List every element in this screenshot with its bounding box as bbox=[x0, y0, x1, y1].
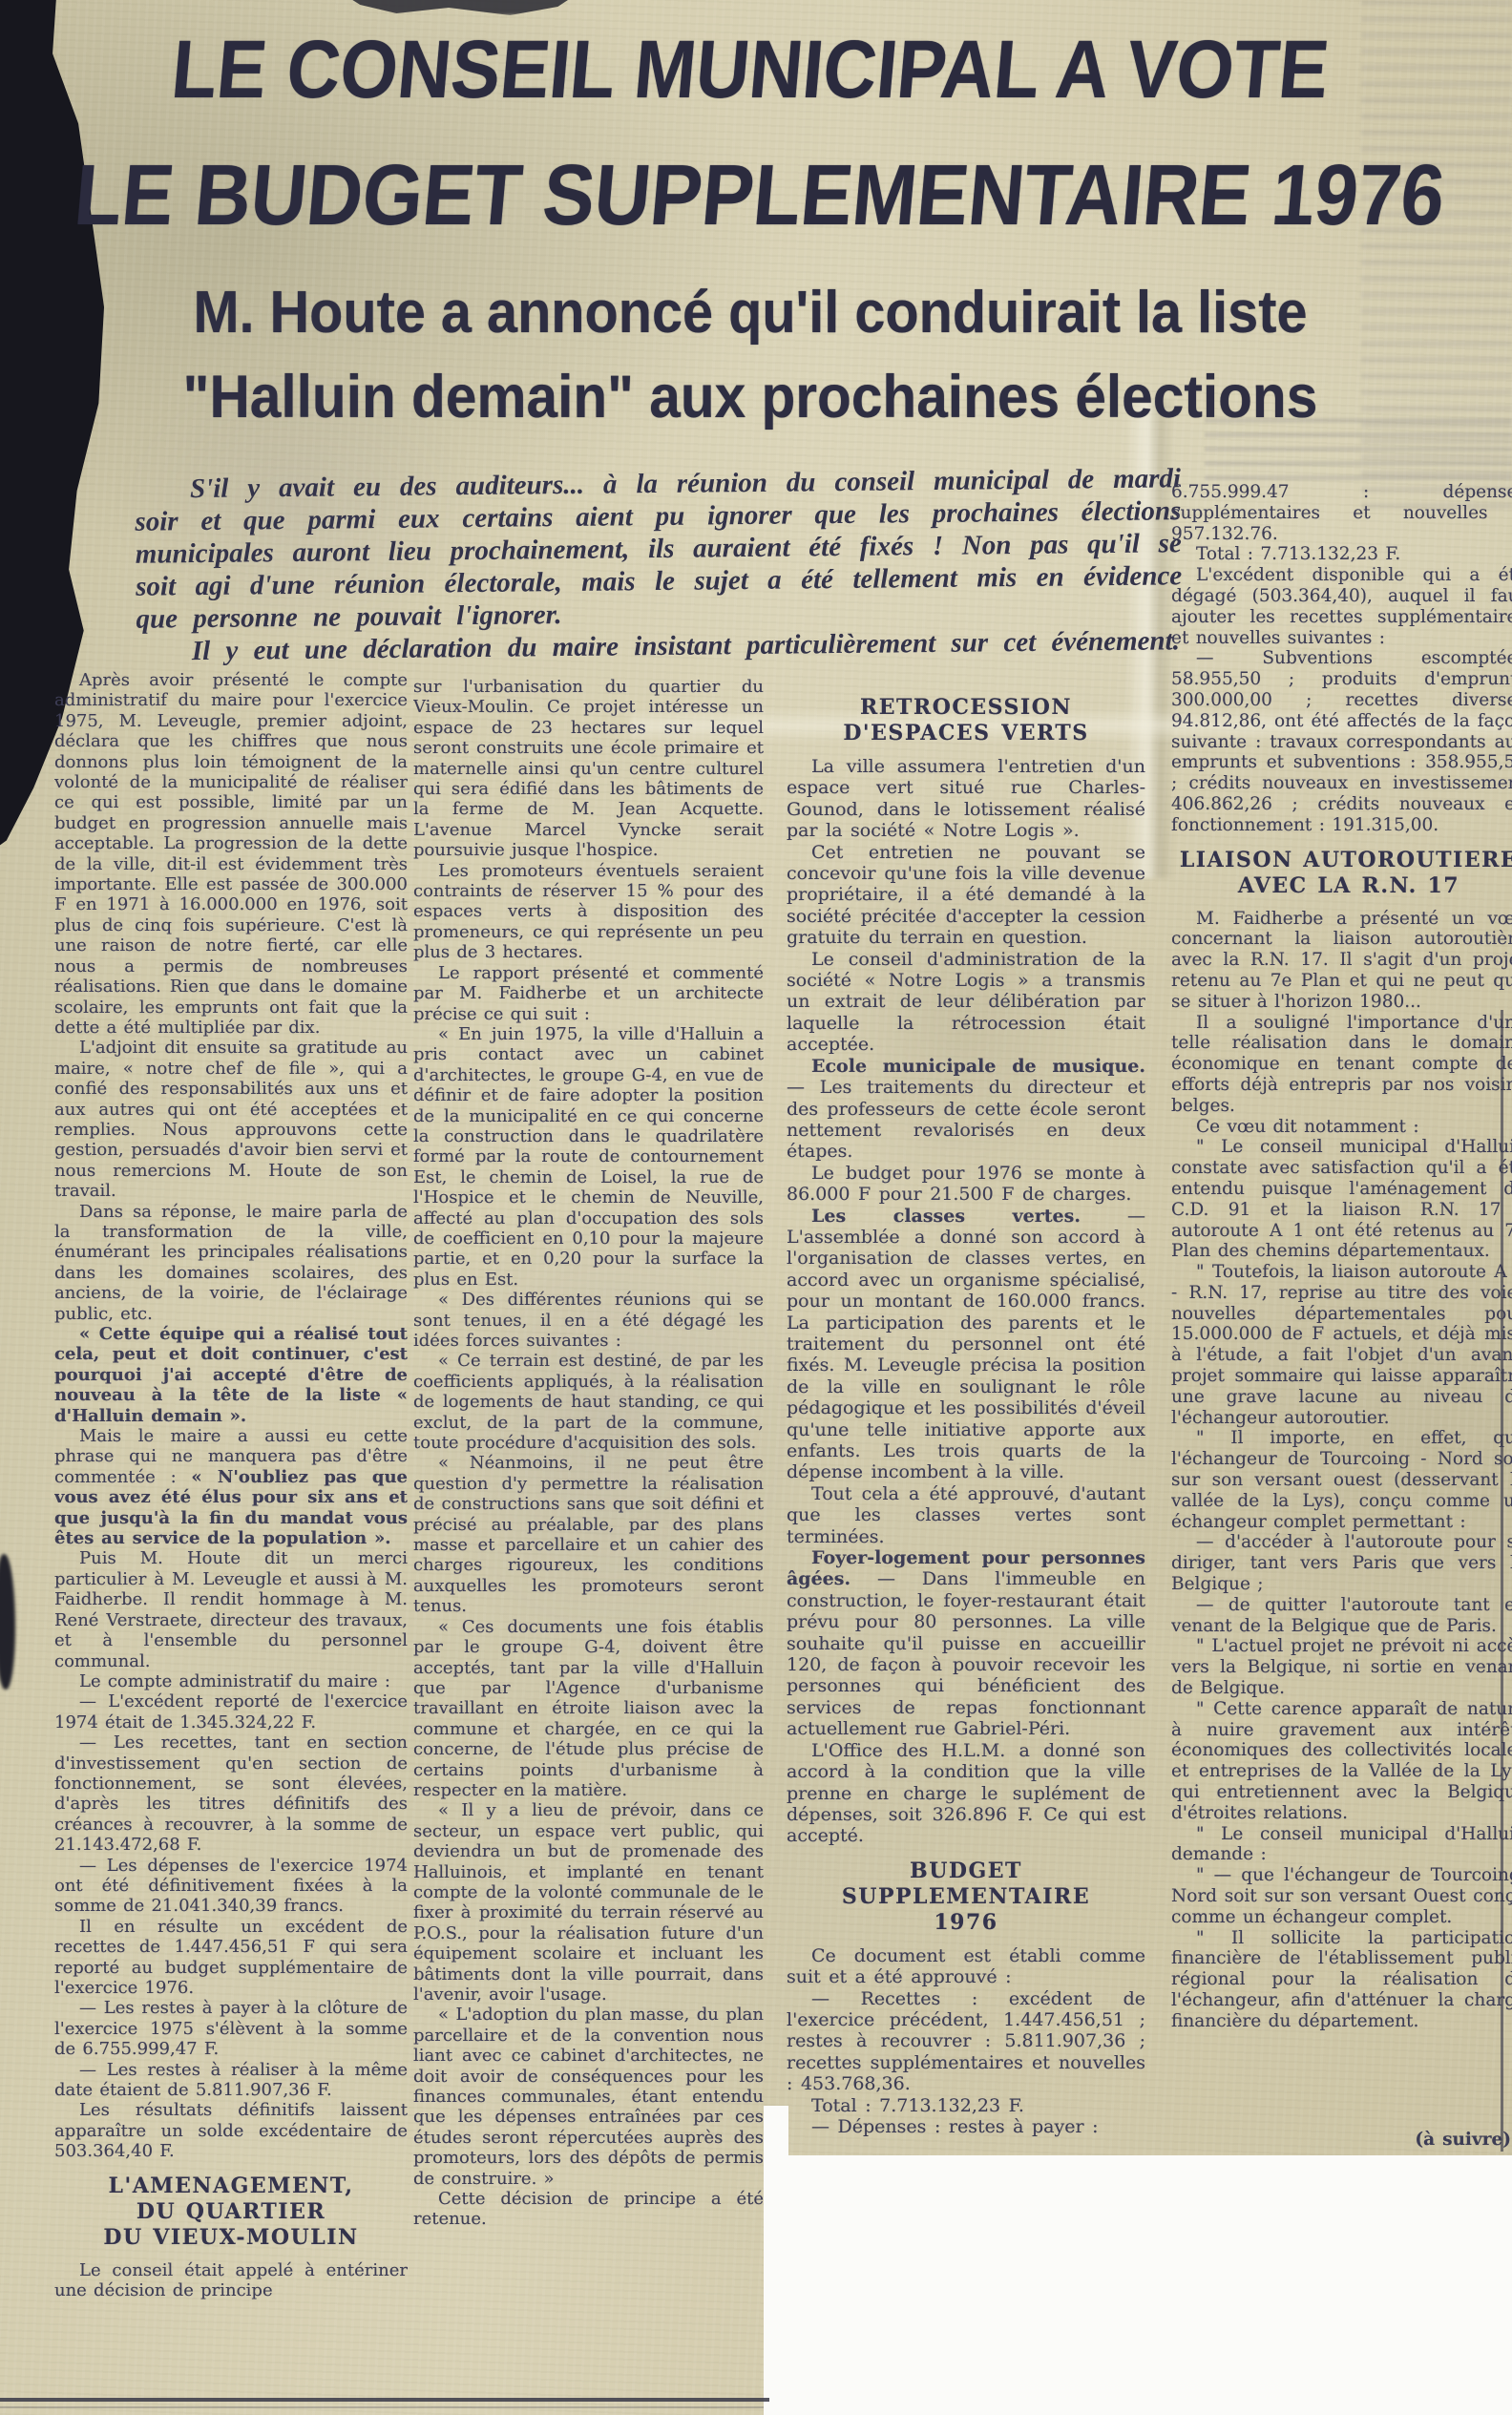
paragraph: Il en résulte un excédent de recettes de… bbox=[54, 1917, 408, 1999]
paragraph: Après avoir présenté le compte administr… bbox=[54, 670, 408, 1038]
paragraph: Tout cela a été approuvé, d'autant que l… bbox=[787, 1483, 1145, 1547]
paragraph: Ce vœu dit notamment : bbox=[1171, 1117, 1512, 1138]
lede-intro: S'il y avait eu des auditeurs... à la ré… bbox=[135, 462, 1183, 677]
column-heading: LIAISON AUTOROUTIERE AVEC LA R.N. 17 bbox=[1171, 848, 1512, 899]
column-3: RETROCESSION D'ESPACES VERTSLa ville ass… bbox=[787, 683, 1145, 2152]
paragraph: " Cette carence apparaît de nature à nui… bbox=[1171, 1699, 1512, 1824]
column-heading: L'AMENAGEMENT, DU QUARTIER DU VIEUX-MOUL… bbox=[54, 2173, 408, 2251]
paragraph: Puis M. Houte dit un merci particulier à… bbox=[54, 1548, 408, 1670]
paragraph: Total : 7.713.132,23 F. bbox=[787, 2095, 1145, 2116]
paragraph: « Ce terrain est destiné, de par les coe… bbox=[413, 1351, 764, 1453]
paragraph: Le rapport présenté et commenté par M. F… bbox=[413, 963, 764, 1024]
paragraph: " L'actuel projet ne prévoit ni accès ve… bbox=[1171, 1636, 1512, 1698]
paragraph: Mais le maire a aussi eu cette phrase qu… bbox=[54, 1426, 408, 1548]
paragraph: La ville assumera l'entretien d'un espac… bbox=[787, 756, 1145, 842]
column-2: sur l'urbanisation du quartier du Vieux-… bbox=[413, 677, 764, 2391]
paragraph: — Recettes : excédent de l'exercice préc… bbox=[787, 1988, 1145, 2095]
paragraph: « Ces documents une fois établis par le … bbox=[413, 1617, 764, 1801]
paragraph: Total : 7.713.132,23 F. bbox=[1171, 544, 1512, 565]
paragraph: « En juin 1975, la ville d'Halluin a pri… bbox=[413, 1024, 764, 1290]
paragraph: 6.755.999.47 : dépenses supplémentaires … bbox=[1171, 482, 1512, 544]
paragraph: « Il y a lieu de prévoir, dans ce secteu… bbox=[413, 1800, 764, 2005]
paragraph: Les résultats définitifs laissent appara… bbox=[54, 2100, 408, 2161]
paragraph: — Dépenses : restes à payer : bbox=[787, 2116, 1145, 2137]
bold-lead: Ecole municipale de musique. bbox=[811, 1056, 1145, 1077]
column-1: Après avoir présenté le compte administr… bbox=[54, 670, 408, 2396]
column-4: 6.755.999.47 : dépenses supplémentaires … bbox=[1171, 482, 1512, 2152]
paragraph: " — que l'échangeur de Tourcoing-Nord so… bbox=[1171, 1865, 1512, 1927]
paragraph: Le conseil était appelé à entériner une … bbox=[54, 2260, 408, 2301]
paragraph: " Le conseil municipal d'Halluin demande… bbox=[1171, 1824, 1512, 1866]
bold-lead: Foyer-logement pour personnes âgées. bbox=[787, 1547, 1145, 1589]
paragraph: " Il sollicite la participation financiè… bbox=[1171, 1928, 1512, 2032]
paragraph: L'Office des H.L.M. a donné son accord à… bbox=[787, 1740, 1145, 1847]
paragraph: — L'excédent reporté de l'exercice 1974 … bbox=[54, 1691, 408, 1732]
paragraph: " Le conseil municipal d'Halluin constat… bbox=[1171, 1137, 1512, 1262]
paragraph: L'excédent disponible qui a été dégagé (… bbox=[1171, 565, 1512, 648]
bold-passage: « N'oubliez pas que vous avez été élus p… bbox=[54, 1467, 408, 1548]
paragraph: Les promoteurs éventuels seraient contra… bbox=[413, 861, 764, 963]
headline-line-1: LE CONSEIL MUNICIPAL A VOTE bbox=[71, 23, 1429, 117]
paragraph: Ecole municipale de musique. — Les trait… bbox=[787, 1056, 1145, 1163]
newspaper-scan: { "colors": { "paper": "#d5ceb0", "scann… bbox=[0, 0, 1512, 2415]
lede-paragraph: S'il y avait eu des auditeurs... à la ré… bbox=[135, 462, 1183, 635]
paragraph: " Toutefois, la liaison autoroute A 1 - … bbox=[1171, 1262, 1512, 1428]
paragraph: (à suivre) bbox=[1415, 2130, 1511, 2151]
paragraph: — Les restes à payer à la clôture de l'e… bbox=[54, 1998, 408, 2059]
paragraph: — Les dépenses de l'exercice 1974 ont ét… bbox=[54, 1856, 408, 1917]
paragraph: Ce document est établi comme suit et a é… bbox=[787, 1945, 1145, 1988]
paragraph: — de quitter l'autoroute tant en venant … bbox=[1171, 1595, 1512, 1637]
paragraph: L'adjoint dit ensuite sa gratitude au ma… bbox=[54, 1038, 408, 1201]
headline-line-2: LE BUDGET SUPPLEMENTAIRE 1976 bbox=[71, 147, 1430, 245]
paragraph: Foyer-logement pour personnes âgées. — D… bbox=[787, 1547, 1145, 1740]
paragraph: M. Faidherbe a présenté un vœu concernan… bbox=[1171, 909, 1512, 1013]
paragraph: « Des différentes réunions qui se sont t… bbox=[413, 1290, 764, 1351]
subheadline-line-2: "Halluin demain" aux prochaines élection… bbox=[52, 363, 1448, 431]
paragraph: Le compte administratif du maire : bbox=[54, 1671, 408, 1691]
paragraph: Le budget pour 1976 se monte à 86.000 F … bbox=[787, 1163, 1145, 1206]
paragraph: — Les recettes, tant en section d'invest… bbox=[54, 1732, 408, 1855]
column-heading: BUDGET SUPPLEMENTAIRE 1976 bbox=[787, 1858, 1145, 1936]
paragraph: « Cette équipe qui a réalisé tout cela, … bbox=[54, 1324, 408, 1426]
paragraph: — Les restes à réaliser à la même date é… bbox=[54, 2060, 408, 2101]
subheadline-line-1: M. Houte a annoncé qu'il conduirait la l… bbox=[52, 279, 1448, 346]
bold-lead: Les classes vertes. bbox=[811, 1206, 1081, 1227]
paragraph: « L'adoption du plan masse, du plan parc… bbox=[413, 2005, 764, 2189]
paragraph: Les classes vertes. — L'assemblée a donn… bbox=[787, 1206, 1145, 1483]
paragraph: — d'accéder à l'autoroute pour se dirige… bbox=[1171, 1532, 1512, 1594]
paragraph: « Néanmoins, il ne peut être question d'… bbox=[413, 1453, 764, 1616]
paragraph: Cet entretien ne pouvant se concevoir qu… bbox=[787, 842, 1145, 949]
paragraph: Le conseil d'administration de la sociét… bbox=[787, 949, 1145, 1056]
paragraph: sur l'urbanisation du quartier du Vieux-… bbox=[413, 677, 764, 861]
paragraph: Cette décision de principe a été retenue… bbox=[413, 2189, 764, 2230]
paragraph: — Subventions escomptées 58.955,50 ; pro… bbox=[1171, 648, 1512, 835]
paragraph: Il a souligné l'importance d'une telle r… bbox=[1171, 1013, 1512, 1117]
column-heading: RETROCESSION D'ESPACES VERTS bbox=[787, 695, 1145, 746]
paragraph: " Il importe, en effet, que l'échangeur … bbox=[1171, 1428, 1512, 1532]
paragraph: Dans sa réponse, le maire parla de la tr… bbox=[54, 1202, 408, 1324]
